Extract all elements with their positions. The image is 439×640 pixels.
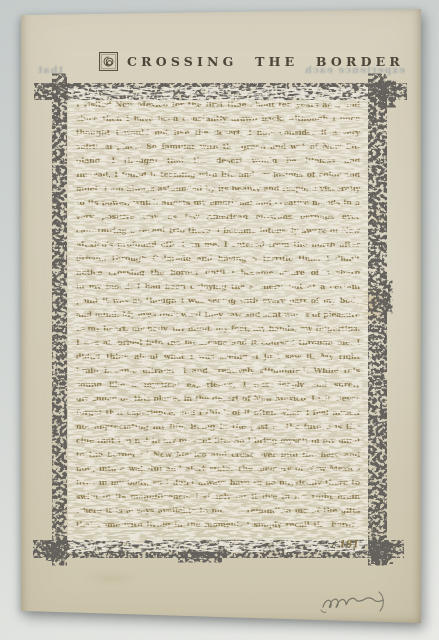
book-page: experience each that CROSSING THE BORDER… — [21, 9, 421, 625]
text-line: driving through Colorado and having a te… — [76, 252, 360, 266]
artist-signature — [317, 589, 409, 619]
page-number: 181 — [339, 539, 359, 550]
scribble-corner-blob — [379, 82, 395, 106]
text-line: Instead, I found it teeming with life an… — [76, 168, 360, 182]
spiral-glyph — [102, 55, 115, 68]
scribble-corner-blob — [372, 543, 392, 563]
text-line: point it was as though I was seeing with… — [76, 294, 360, 308]
text-line: and mind. My eyes took what they saw and… — [76, 308, 360, 322]
text-line: grounded on this planet in the desert of… — [76, 392, 360, 406]
text-line: brain became ultra-alert and creatively … — [76, 364, 360, 378]
scribble-corner-blob — [47, 544, 59, 560]
text-line: can. During a recent trip there, I becam… — [76, 224, 360, 238]
text-line: spiritual place. So familiar with the gr… — [76, 140, 360, 154]
chapter-header: CROSSING THE BORDER — [99, 52, 404, 71]
scribble-edge-blob — [383, 282, 392, 312]
text-line: clue that I'm not in my present life. So… — [76, 434, 360, 448]
scribble-border-top — [51, 84, 390, 99]
text-line: now, into a wakeful and alert state. The… — [76, 462, 360, 476]
text-line: gland, I thought that the desert would b… — [76, 154, 360, 168]
text-line: I visited New Mexico for the first time … — [76, 98, 360, 112]
text-line: to my heart, my belly, my mind, my feet,… — [76, 322, 360, 336]
scribble-edge-blob — [180, 552, 220, 562]
text-line: swim in its magnificence. I simply let i… — [76, 490, 360, 504]
page-title: CROSSING THE BORDER — [127, 54, 404, 69]
text-line: notice crossing the border until I becam… — [76, 266, 360, 280]
spiral-ornament-icon — [99, 52, 118, 71]
folio-row: . . . . . / 181 — [288, 539, 359, 550]
photographed-artwork: experience each that CROSSING THE BORDER… — [21, 9, 421, 625]
text-line: where it is always available to me . . .… — [76, 504, 360, 518]
text-line: very positive way, as few American envir… — [76, 210, 360, 224]
text-line: to its power, which affects my emotional… — [76, 196, 360, 210]
text-line: not appreciating my life. Being in the p… — [76, 420, 360, 434]
scribble-border-left — [53, 96, 66, 543]
signature-scribble — [317, 589, 409, 619]
ghost-text-right: that — [37, 65, 63, 76]
scribble-border-frame: I visited New Mexico for the first time … — [54, 84, 385, 556]
text-line: I was absorbed into the landscape and it… — [76, 336, 360, 350]
text-line: in my mood. I had been enjoying the scen… — [76, 280, 360, 294]
text-line: quiet. I am always astounded by its beau… — [76, 182, 360, 196]
faded-print: . . . . . — [288, 540, 328, 549]
text-line: Mexico's profound effect on me. I entere… — [76, 238, 360, 252]
text-line: since then I have been constantly drawn … — [76, 112, 360, 126]
text-line: forget that experience, and I think of i… — [76, 406, 360, 420]
body-text-block: I visited New Mexico for the first time … — [76, 98, 360, 541]
text-line: lives in my body, so I don't always have… — [76, 476, 360, 490]
text-line: to the border of New Mexico and cross ov… — [76, 448, 360, 462]
text-line: that come with living in the moment. I s… — [76, 518, 360, 532]
pencil-slash-mark: / — [331, 539, 336, 550]
text-line: thought I would not like the desert, I n… — [76, 126, 360, 140]
paper-stain — [81, 569, 141, 587]
text-line: didn't think about what I was seeing—I j… — [76, 350, 360, 364]
scribble-border-right — [369, 96, 386, 543]
text-line: sound like a mystical experience, I was … — [76, 378, 360, 392]
